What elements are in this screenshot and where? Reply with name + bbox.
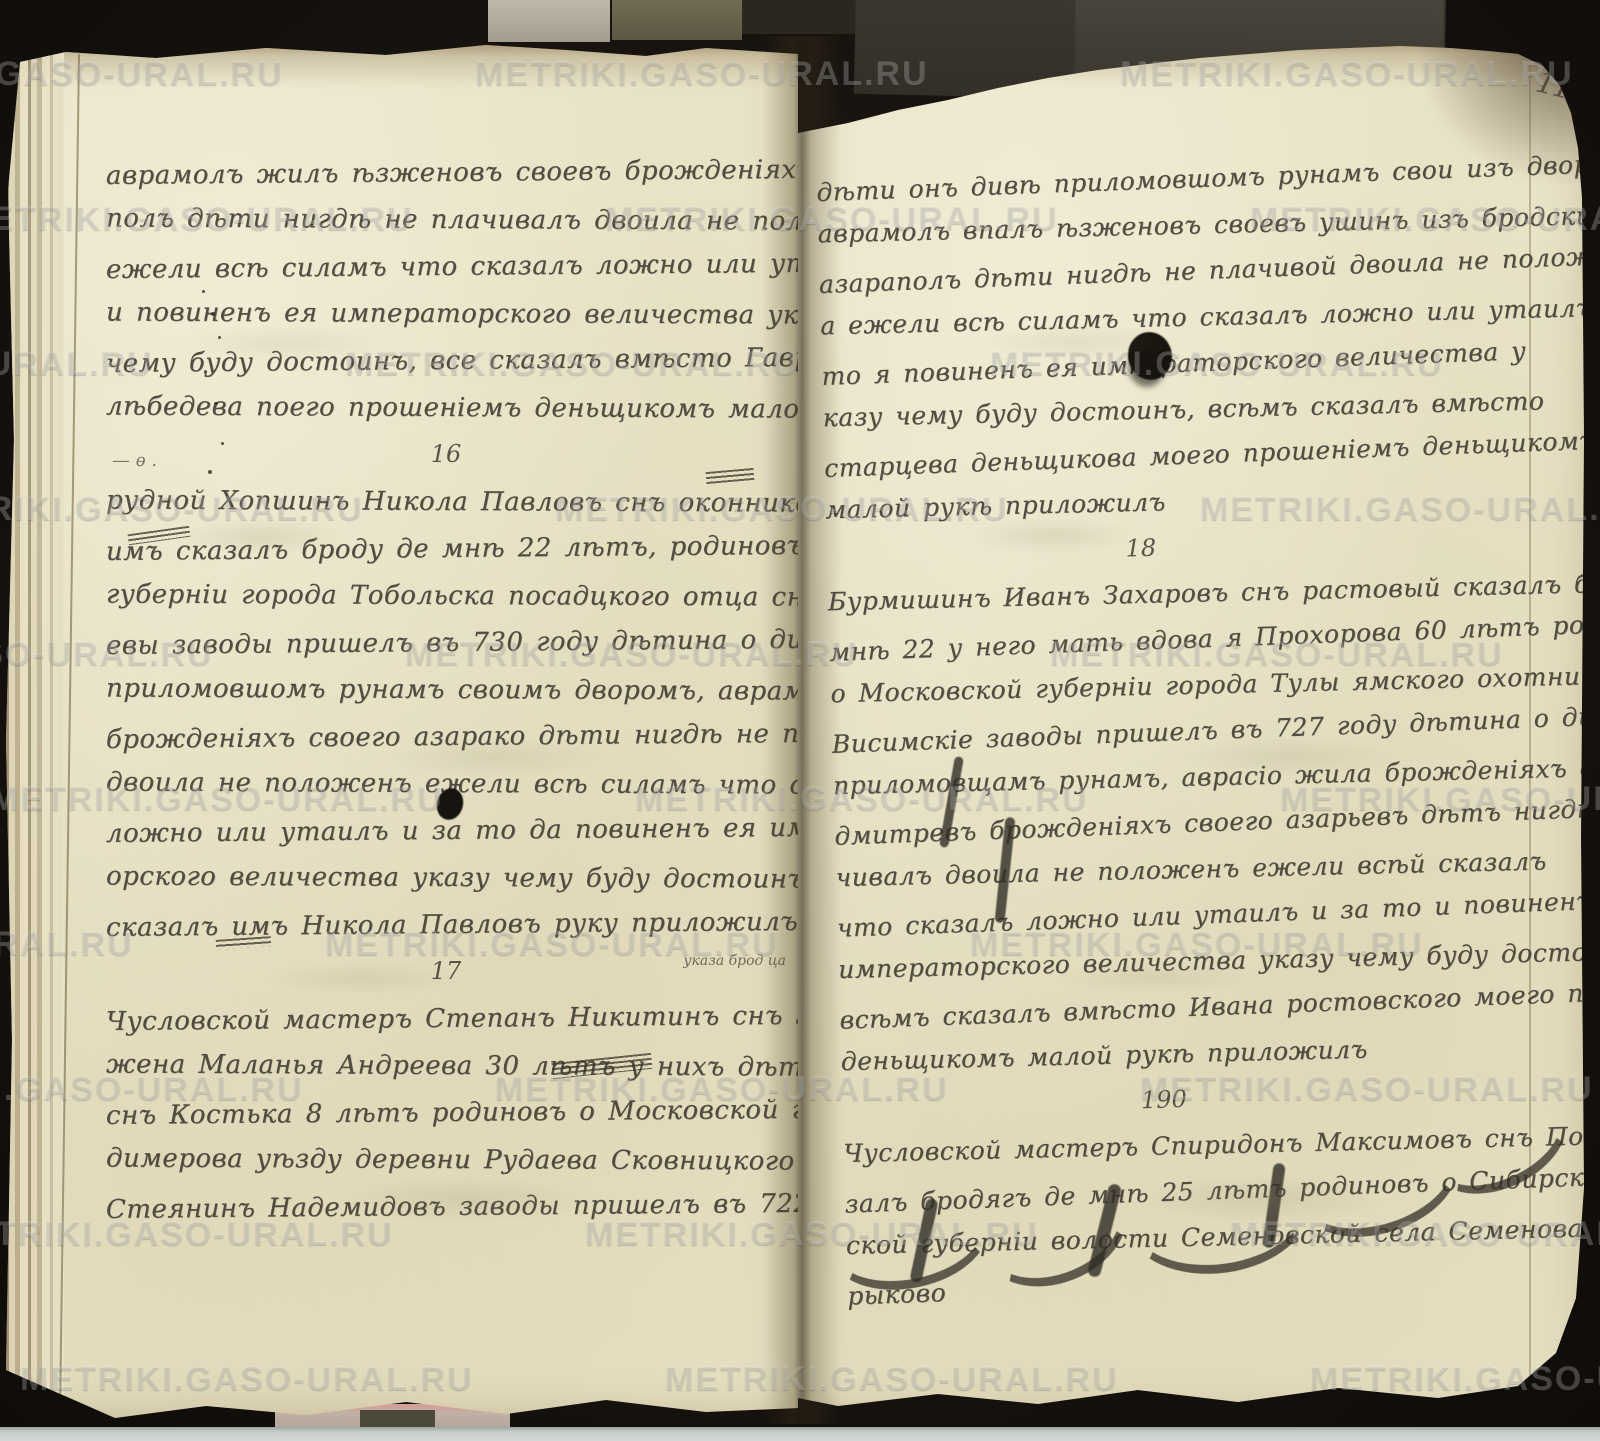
manuscript-text: орского величества указу чему буду досто… xyxy=(106,862,835,895)
manuscript-text: евы заводы пришелъ въ 730 году дѣтина о … xyxy=(106,625,843,661)
scanner-bed-edge xyxy=(0,1427,1600,1441)
manuscript-text: чему буду достоинъ, все сказалъ вмѣсто Г… xyxy=(106,343,812,379)
margin-rule xyxy=(59,54,80,1414)
manuscript-text: рудной Хопшинъ Никола Павловъ снъ оконни… xyxy=(106,486,845,519)
manuscript-text: ложно или утаилъ и за то да повиненъ ея … xyxy=(106,812,900,849)
section-number: 17указа брод ца xyxy=(106,957,786,1004)
manuscript-line: имъ сказалъ броду де мнѣ 22 лѣтъ, родино… xyxy=(106,531,786,584)
left-page-text: аврамолъ жилъ ѣзженовъ своевъ брожденіях… xyxy=(106,158,786,1239)
manuscript-text: дѣти онъ дивѣ приломовшомъ рунамъ свои и… xyxy=(816,148,1600,207)
left-page: аврамолъ жилъ ѣзженовъ своевъ брожденіях… xyxy=(6,40,798,1420)
manuscript-line: рудной Хопшинъ Никола Павловъ снъ оконни… xyxy=(106,486,786,536)
manuscript-text: Стеянинъ Надемидовъ заводы пришелъ въ 72… xyxy=(106,1188,886,1225)
section-number: 16— ѳ . xyxy=(106,440,786,487)
manuscript-line: орского величества указу чему буду досто… xyxy=(106,862,786,912)
manuscript-text: имъ сказалъ броду де мнѣ 22 лѣтъ, родино… xyxy=(106,530,900,567)
manuscript-text: губерніи города Тобольска посадцкого отц… xyxy=(106,580,886,613)
manuscript-line: и повиненъ ея императорского величества … xyxy=(106,298,786,348)
manuscript-scan: аврамолъ жилъ ѣзженовъ своевъ брожденіях… xyxy=(0,0,1600,1441)
manuscript-line: евы заводы пришелъ въ 730 году дѣтина о … xyxy=(106,625,786,678)
manuscript-line: ежели всѣ силамъ что сказалъ ложно или у… xyxy=(106,249,786,302)
manuscript-line: брожденіяхъ своего азарако дѣти нигдѣ не… xyxy=(106,719,786,772)
manuscript-text: 190 xyxy=(1141,1085,1188,1114)
manuscript-line: Стеянинъ Надемидовъ заводы пришелъ въ 72… xyxy=(106,1189,786,1242)
manuscript-line: приломовшомъ рунамъ своимъ дворомъ, авра… xyxy=(106,674,786,724)
manuscript-text: жена Маланья Андреева 30 лѣтъ у нихъ дѣт… xyxy=(106,1050,820,1083)
manuscript-text: 17 xyxy=(431,957,462,985)
manuscript-line: снъ Костька 8 лѣтъ родиновъ о Московской… xyxy=(106,1095,786,1148)
manuscript-text: двоила не положенъ ежели всѣ силамъ что … xyxy=(106,768,902,801)
manuscript-line: полъ дѣти нигдѣ не плачивалъ двоила не п… xyxy=(106,204,786,254)
manuscript-line: ложно или утаилъ и за то да повиненъ ея … xyxy=(106,813,786,866)
manuscript-text: 16 xyxy=(431,440,462,468)
manuscript-line: Чусловской мастеръ Степанъ Никитинъ снъ … xyxy=(106,1001,786,1054)
manuscript-line: губерніи города Тобольска посадцкого отц… xyxy=(106,580,786,630)
manuscript-text: и повиненъ ея императорского величества … xyxy=(106,298,845,331)
page-number: 11 xyxy=(1532,64,1574,106)
page-stack-edge xyxy=(6,40,64,1420)
margin-note: указа брод ца xyxy=(683,953,786,969)
cradle-block xyxy=(612,0,742,40)
manuscript-line: аврамолъ жилъ ѣзженовъ своевъ брожденіях… xyxy=(106,155,786,208)
right-page: 11 дѣти онъ дивѣ приломовшомъ рунамъ сво… xyxy=(798,38,1592,1420)
margin-note: — ѳ . xyxy=(112,450,157,471)
manuscript-line: димерова уѣзду деревни Рудаева Сковницко… xyxy=(106,1144,786,1194)
manuscript-text: сказалъ имъ Никола Павловъ руку приложил… xyxy=(106,907,798,943)
manuscript-line: чему буду достоинъ, все сказалъ вмѣсто Г… xyxy=(106,343,786,396)
manuscript-text: 18 xyxy=(1125,534,1156,563)
manuscript-line: лѣбедева поего прошеніемъ деньщикомъ мал… xyxy=(106,392,786,442)
manuscript-line: жена Маланья Андреева 30 лѣтъ у нихъ дѣт… xyxy=(106,1050,786,1100)
cradle-strip xyxy=(488,0,610,42)
